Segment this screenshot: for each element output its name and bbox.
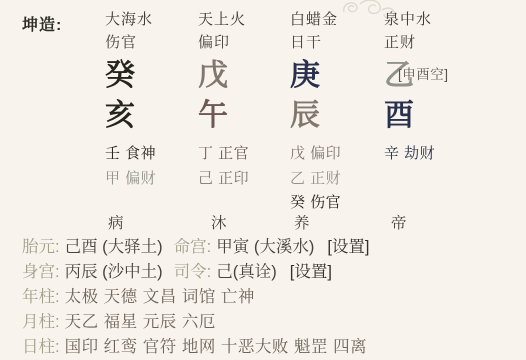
fetal-origin-value: 己酉 (大驿土) bbox=[65, 238, 163, 256]
earthly-branch: 午 bbox=[198, 96, 290, 136]
life-palace-value: 甲寅 (大溪水) bbox=[216, 238, 314, 256]
commanding-label: 司令: bbox=[174, 263, 212, 281]
hidden-stem-item: 辛 劫财 bbox=[384, 142, 476, 167]
year-pillar-label: 年柱: bbox=[22, 288, 60, 306]
pillar-hour: 泉中水 正财 乙 酉 辛 劫财 bbox=[384, 10, 476, 167]
pillar-year: 大海水 伤官 癸 亥 壬 食神 甲 偏财 bbox=[105, 10, 197, 191]
hidden-stem-item: 戊 偏印 bbox=[290, 142, 382, 167]
nayin-label: 白蜡金 bbox=[290, 10, 382, 32]
bazi-chart: 坤造: 大海水 伤官 癸 亥 壬 食神 甲 偏财 天上火 偏印 戊 午 丁 正官… bbox=[0, 0, 526, 360]
month-pillar-stars: 天乙 福星 元辰 六厄 bbox=[65, 313, 216, 331]
nayin-label: 大海水 bbox=[105, 10, 197, 32]
hidden-stem-item: 乙 正财 bbox=[290, 167, 382, 192]
ten-god-label: 伤官 bbox=[105, 32, 197, 56]
heavenly-stem: 庚 bbox=[290, 56, 382, 96]
day-pillar-stars-row: 日柱:国印 红鸾 官符 地网 十恶大败 魁罡 四离 bbox=[22, 336, 522, 360]
earthly-branch: 亥 bbox=[105, 96, 197, 136]
body-palace-row: 身宫:丙辰 (沙中土)司令:己(真诠)[设置] bbox=[22, 261, 522, 285]
life-stage: 帝 bbox=[391, 211, 407, 233]
hidden-stem-item: 壬 食神 bbox=[105, 142, 197, 167]
pillar-month: 天上火 偏印 戊 午 丁 正官 己 正印 bbox=[198, 10, 290, 191]
hidden-stems: 壬 食神 甲 偏财 bbox=[105, 142, 197, 191]
heavenly-stem: 戊 bbox=[198, 56, 290, 96]
void-branches-note: [申酉空] bbox=[398, 63, 449, 83]
commanding-value: 己(真诠) bbox=[216, 263, 277, 281]
hidden-stem-item: 甲 偏财 bbox=[105, 167, 197, 192]
year-pillar-stars-row: 年柱:太极 天德 文昌 词馆 亡神 bbox=[22, 286, 522, 310]
earthly-branch: 酉 bbox=[384, 96, 476, 136]
gender-label: 坤造: bbox=[22, 12, 62, 35]
month-pillar-stars-row: 月柱:天乙 福星 元辰 六厄 bbox=[22, 311, 522, 335]
nayin-label: 天上火 bbox=[198, 10, 290, 32]
body-palace-label: 身宫: bbox=[22, 263, 60, 281]
hidden-stems: 辛 劫财 bbox=[384, 142, 476, 167]
hidden-stem-item: 丁 正官 bbox=[198, 142, 290, 167]
life-stage: 沐 bbox=[211, 211, 227, 233]
year-pillar-stars: 太极 天德 文昌 词馆 亡神 bbox=[65, 288, 255, 306]
day-master-label: 日干 bbox=[290, 32, 382, 56]
pillar-day: 白蜡金 日干 庚 辰 戊 偏印 乙 正财 癸 伤官 bbox=[290, 10, 382, 216]
life-stage: 养 bbox=[294, 211, 310, 233]
day-pillar-stars: 国印 红鸾 官符 地网 十恶大败 魁罡 四离 bbox=[65, 338, 368, 356]
life-palace-label: 命宫: bbox=[174, 238, 212, 256]
hidden-stem-item: 己 正印 bbox=[198, 167, 290, 192]
fetal-origin-label: 胎元: bbox=[22, 238, 60, 256]
nayin-label: 泉中水 bbox=[384, 10, 476, 32]
month-pillar-label: 月柱: bbox=[22, 313, 60, 331]
day-pillar-label: 日柱: bbox=[22, 338, 60, 356]
hidden-stems: 丁 正官 己 正印 bbox=[198, 142, 290, 191]
ten-god-label: 正财 bbox=[384, 32, 476, 56]
settings-button[interactable]: [设置] bbox=[290, 261, 332, 283]
fetal-origin-row: 胎元:己酉 (大驿土)命宫:甲寅 (大溪水)[设置] bbox=[22, 236, 522, 260]
life-stage: 病 bbox=[108, 211, 124, 233]
body-palace-value: 丙辰 (沙中土) bbox=[65, 263, 163, 281]
heavenly-stem: 癸 bbox=[105, 56, 197, 96]
ten-god-label: 偏印 bbox=[198, 32, 290, 56]
earthly-branch: 辰 bbox=[290, 96, 382, 136]
settings-button[interactable]: [设置] bbox=[327, 236, 369, 258]
life-stage-row: 病 沐 养 帝 bbox=[0, 211, 526, 233]
hidden-stems: 戊 偏印 乙 正财 癸 伤官 bbox=[290, 142, 382, 216]
